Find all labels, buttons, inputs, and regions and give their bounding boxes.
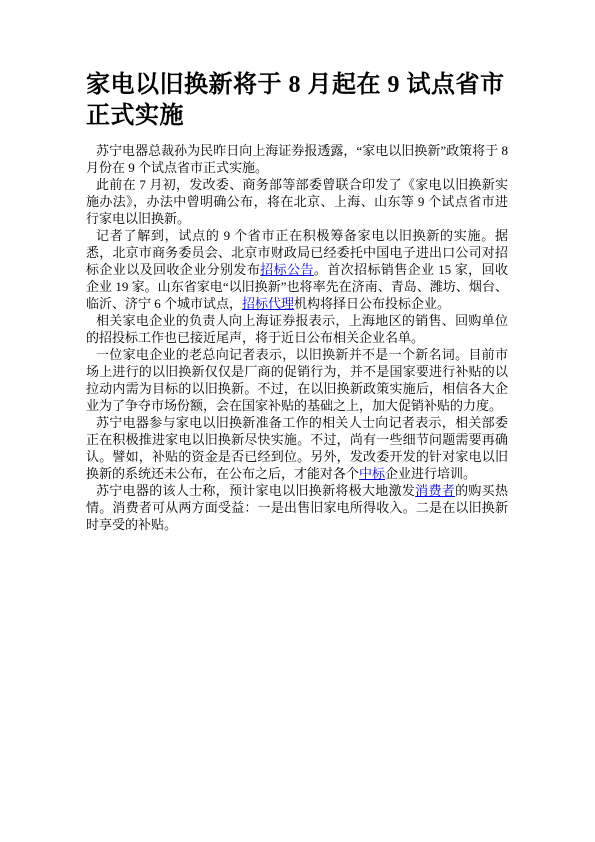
inline-link[interactable]: 招标公告 [260,262,314,277]
paragraph: 苏宁电器总裁孙为民昨日向上海证券报透露，“家电以旧换新”政策将于 8 月份在 9… [86,142,508,176]
paragraph: 苏宁电器的该人士称，预计家电以旧换新将极大地激发消费者的购买热情。消费者可从两方… [86,482,508,533]
paragraph: 苏宁电器参与家电以旧换新准备工作的相关人士向记者表示，相关部委正在积极推进家电以… [86,414,508,482]
paragraph-text: 相关家电企业的负责人向上海证券报表示，上海地区的销售、回购单位的招投标工作也已接… [86,313,508,345]
paragraph-text: 此前在 7 月初，发改委、商务部等部委曾联合印发了《家电以旧换新实施办法》，办法… [86,177,508,226]
inline-link[interactable]: 消费者 [415,483,455,498]
paragraph-text: 机构将择日公布投标企业。 [294,296,450,311]
paragraph: 此前在 7 月初，发改委、商务部等部委曾联合印发了《家电以旧换新实施办法》，办法… [86,176,508,227]
article-title: 家电以旧换新将于 8 月起在 9 试点省市正式实施 [86,70,508,132]
paragraph-text: 苏宁电器的该人士称，预计家电以旧换新将极大地激发 [96,483,415,498]
inline-link[interactable]: 中标 [359,466,385,481]
paragraph-text: 企业进行培训。 [385,466,476,481]
paragraph: 一位家电企业的老总向记者表示，以旧换新并不是一个新名词。目前市场上进行的以旧换新… [86,346,508,414]
inline-link[interactable]: 招标代理 [242,296,294,311]
document-page: 家电以旧换新将于 8 月起在 9 试点省市正式实施 苏宁电器总裁孙为民昨日向上海… [0,0,595,842]
paragraph: 相关家电企业的负责人向上海证券报表示，上海地区的销售、回购单位的招投标工作也已接… [86,312,508,346]
paragraph-text: 苏宁电器总裁孙为民昨日向上海证券报透露，“家电以旧换新”政策将于 8 月份在 9… [86,143,508,175]
paragraph-text: 一位家电企业的老总向记者表示，以旧换新并不是一个新名词。目前市场上进行的以旧换新… [86,347,508,413]
article-body: 苏宁电器总裁孙为民昨日向上海证券报透露，“家电以旧换新”政策将于 8 月份在 9… [86,142,508,533]
paragraph: 记者了解到，试点的 9 个省市正在积极筹备家电以旧换新的实施。据悉，北京市商务委… [86,227,508,312]
